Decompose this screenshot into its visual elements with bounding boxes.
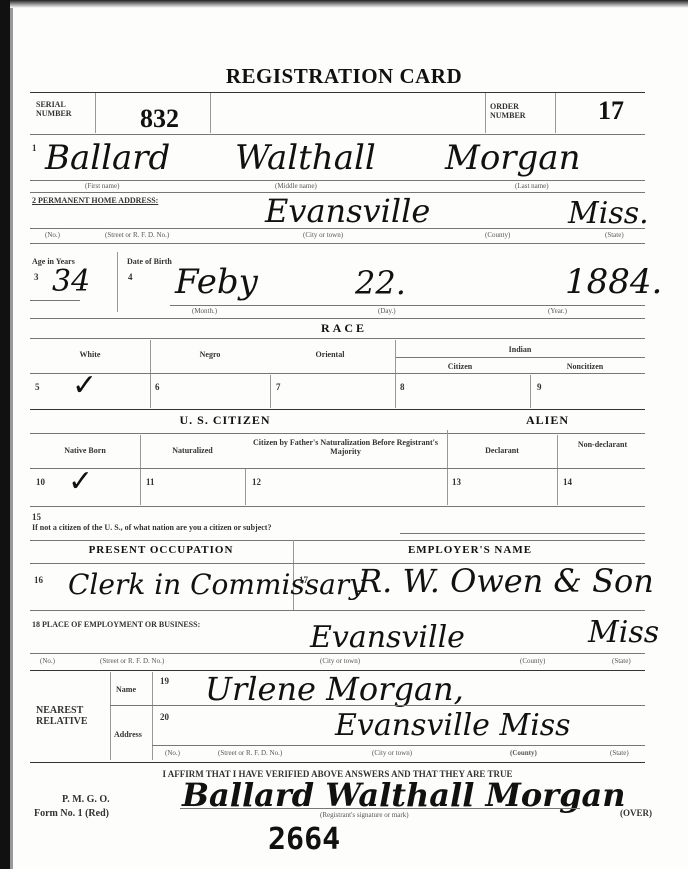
field-number: 20: [160, 712, 169, 722]
field-number: 16: [34, 575, 43, 585]
divider: [30, 762, 645, 763]
divider: [95, 93, 96, 133]
field-number: 3: [34, 272, 39, 282]
stamped-number: 2664: [268, 822, 340, 857]
employment-state-value: Miss: [588, 615, 659, 650]
naturalized-label: Naturalized: [140, 446, 245, 455]
divider: [210, 93, 211, 133]
field-number: 15: [32, 512, 41, 522]
relative-address-label: Address: [114, 730, 142, 739]
relative-name-label: Name: [116, 685, 136, 694]
divider: [30, 92, 645, 93]
divider: [395, 340, 396, 408]
divider: [30, 373, 645, 374]
occupation-heading: PRESENT OCCUPATION: [30, 544, 292, 556]
caption: (No.): [40, 657, 55, 665]
caption: (Last name): [515, 182, 549, 190]
scan-border-shadow: [10, 0, 13, 869]
occupation-value: Clerk in Commissary: [68, 568, 365, 601]
caption: (State): [612, 657, 631, 665]
native-born-label: Native Born: [30, 446, 140, 455]
divider: [485, 93, 486, 133]
race-indian-citizen-checkbox[interactable]: [405, 378, 525, 406]
field-number: 4: [128, 272, 133, 282]
form-id-line2: Form No. 1 (Red): [34, 809, 109, 818]
age-value: 34: [52, 264, 90, 299]
citizen-by-father-checkbox[interactable]: [255, 472, 440, 502]
order-number-label: ORDER NUMBER: [490, 102, 550, 120]
divider: [30, 300, 80, 301]
divider: [30, 506, 645, 507]
naturalized-checkbox[interactable]: [150, 472, 240, 502]
divider: [30, 180, 645, 181]
field-number: 1: [32, 143, 37, 153]
employment-city-value: Evansville: [310, 620, 465, 655]
caption: (No.): [45, 231, 60, 239]
caption: (Middle name): [275, 182, 317, 190]
field-number: 17: [299, 575, 308, 585]
divider: [30, 228, 645, 229]
employer-heading: EMPLOYER'S NAME: [295, 544, 645, 556]
home-state-value: Miss.: [568, 196, 649, 231]
caption: (Street or R. F. D. No.): [105, 231, 169, 239]
order-number-value: 17: [598, 96, 624, 126]
place-of-employment-label: 18 PLACE OF EMPLOYMENT OR BUSINESS:: [32, 620, 200, 629]
race-oriental-checkbox[interactable]: [280, 378, 390, 406]
caption: (City or town): [320, 657, 360, 665]
middle-name-value: Walthall: [235, 138, 376, 178]
home-address-label: 2 PERMANENT HOME ADDRESS:: [32, 196, 158, 205]
race-indian-noncitizen-checkbox[interactable]: [542, 378, 642, 406]
divider: [110, 705, 645, 706]
caption: (Month.): [192, 307, 217, 315]
citizen-by-father-label: Citizen by Father's Naturalization Befor…: [248, 438, 443, 456]
divider: [30, 318, 645, 319]
scan-top-edge: [10, 0, 688, 8]
relative-address-value: Evansville Miss: [335, 708, 571, 743]
relative-name-value: Urlene Morgan,: [205, 670, 464, 708]
race-indian-noncitizen-label: Noncitizen: [525, 362, 645, 371]
birth-year-value: 1884.: [565, 262, 662, 302]
over-label: (OVER): [620, 809, 652, 818]
divider: [30, 653, 645, 654]
race-white-label: White: [30, 350, 150, 359]
field-number: 10: [36, 477, 45, 487]
us-citizen-heading: U. S. CITIZEN: [30, 413, 420, 428]
non-declarant-label: Non-declarant: [560, 440, 645, 449]
caption: (State): [605, 231, 624, 239]
date-of-birth-label: Date of Birth: [127, 257, 172, 266]
divider: [170, 305, 645, 306]
field-number: 8: [400, 382, 405, 392]
nearest-relative-label: NEAREST RELATIVE: [36, 705, 106, 727]
caption: (County): [520, 657, 545, 665]
race-indian-label: Indian: [395, 345, 645, 354]
signature-line: [180, 808, 580, 809]
divider: [30, 409, 645, 410]
first-name-value: Ballard: [45, 138, 170, 178]
divider: [152, 672, 153, 760]
caption: (State): [610, 749, 629, 757]
serial-number-value: 832: [140, 104, 179, 134]
caption: (Street or R. F. D. No.): [100, 657, 164, 665]
divider: [140, 435, 141, 505]
birth-month-value: Feby: [175, 262, 258, 302]
signature-caption: (Registrant's signature or mark): [320, 811, 409, 819]
last-name-value: Morgan: [445, 138, 580, 178]
field-number: 5: [35, 382, 40, 392]
home-city-value: Evansville: [265, 192, 430, 230]
caption: (City or town): [372, 749, 412, 757]
race-heading: RACE: [0, 321, 688, 336]
scan-border: [0, 0, 10, 869]
race-indian-citizen-label: Citizen: [395, 362, 525, 371]
native-born-checkbox[interactable]: ✓: [68, 464, 93, 499]
divider: [557, 435, 558, 505]
divider: [245, 468, 246, 505]
declarant-label: Declarant: [447, 446, 557, 455]
caption: (Day.): [378, 307, 396, 315]
alien-heading: ALIEN: [450, 413, 645, 428]
divider: [30, 468, 645, 469]
divider: [30, 243, 645, 244]
divider: [555, 93, 556, 133]
nation-question-label: If not a citizen of the U. S., of what n…: [32, 523, 271, 532]
divider: [30, 134, 645, 135]
caption: (First name): [85, 182, 119, 190]
field-number: 9: [537, 382, 542, 392]
caption: (Year.): [548, 307, 567, 315]
divider: [395, 357, 645, 358]
field-number: 6: [155, 382, 160, 392]
birth-day-value: 22.: [355, 264, 406, 302]
divider: [150, 340, 151, 408]
race-white-checkbox[interactable]: ✓: [72, 368, 97, 403]
divider: [30, 338, 645, 339]
caption: (Street or R. F. D. No.): [218, 749, 282, 757]
field-number: 19: [160, 676, 169, 686]
divider: [530, 375, 531, 408]
declarant-checkbox[interactable]: [455, 472, 553, 502]
card-title: REGISTRATION CARD: [0, 64, 688, 89]
registration-card: REGISTRATION CARD SERIAL NUMBER 832 ORDE…: [0, 0, 688, 869]
caption: (City or town): [303, 231, 343, 239]
divider: [30, 433, 645, 434]
divider: [152, 745, 645, 746]
race-oriental-label: Oriental: [270, 350, 390, 359]
race-negro-label: Negro: [150, 350, 270, 359]
serial-number-label: SERIAL NUMBER: [36, 100, 92, 118]
caption: (County): [510, 749, 537, 757]
race-negro-checkbox[interactable]: [160, 378, 265, 406]
caption: (No.): [165, 749, 180, 757]
divider: [117, 252, 118, 312]
caption: (County): [485, 231, 510, 239]
divider: [270, 375, 271, 408]
divider: [30, 540, 645, 541]
form-id-line1: P. M. G. O.: [62, 795, 110, 804]
divider: [400, 533, 645, 534]
divider: [30, 610, 645, 611]
employer-value: R. W. Owen & Son: [358, 562, 654, 600]
divider: [110, 672, 111, 760]
non-declarant-checkbox[interactable]: [566, 472, 644, 502]
